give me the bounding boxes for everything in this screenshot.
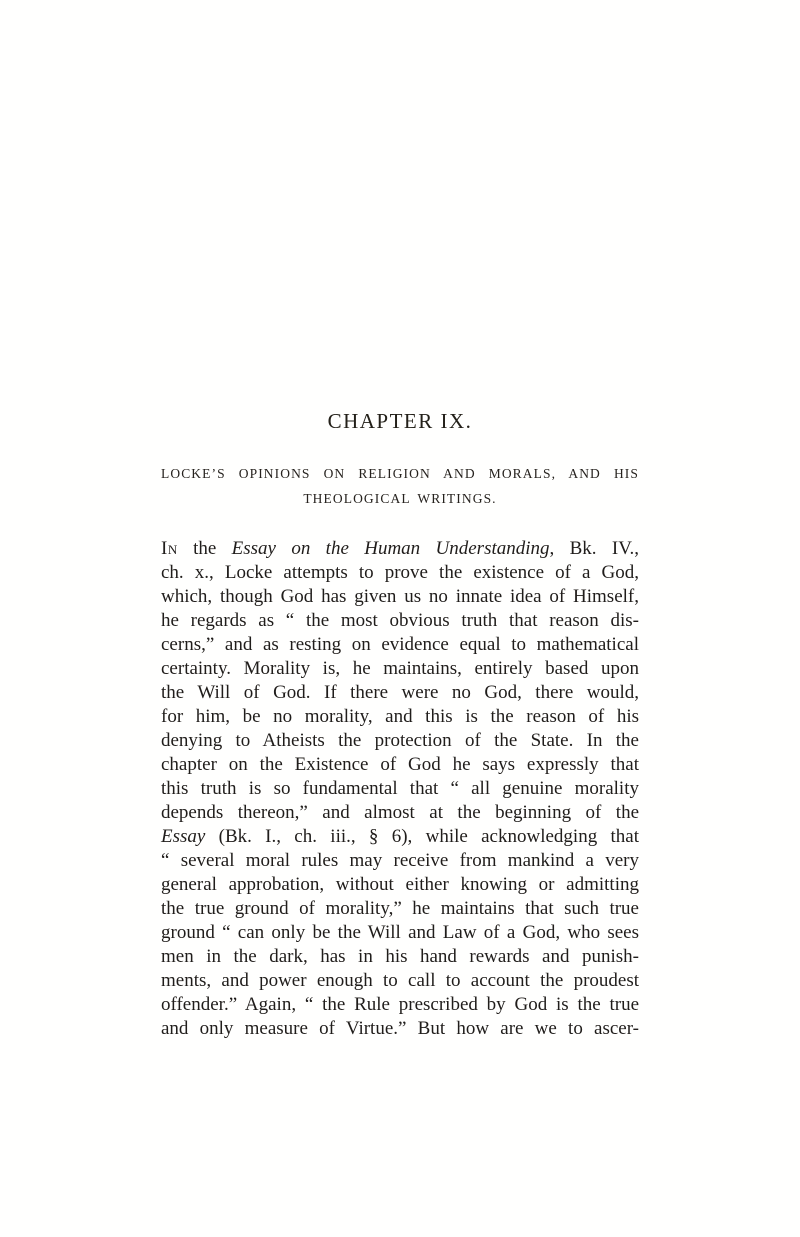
chapter-subtitle-line-2: THEOLOGICAL WRITINGS. <box>161 486 639 511</box>
body-line: ground “ can only be the Will and Law of… <box>161 921 639 945</box>
body-line: for him, be no morality, and this is the… <box>161 705 639 729</box>
body-line: and only measure of Virtue.” But how are… <box>161 1017 639 1041</box>
chapter-heading: CHAPTER IX. <box>0 409 800 434</box>
body-line: chapter on the Existence of God he says … <box>161 753 639 777</box>
body-line: the Will of God. If there were no God, t… <box>161 681 639 705</box>
body-line: In the Essay on the Human Understanding,… <box>161 537 639 561</box>
body-line: which, though God has given us no innate… <box>161 585 639 609</box>
body-text: In the Essay on the Human Understanding,… <box>161 537 639 1041</box>
body-line: certainty. Morality is, he maintains, en… <box>161 657 639 681</box>
chapter-subtitle-line-1: LOCKE’S OPINIONS ON RELIGION AND MORALS,… <box>161 461 639 486</box>
body-line: ch. x., Locke attempts to prove the exis… <box>161 561 639 585</box>
body-line: men in the dark, has in his hand rewards… <box>161 945 639 969</box>
body-line: general approbation, without either know… <box>161 873 639 897</box>
body-line: denying to Atheists the protection of th… <box>161 729 639 753</box>
body-line: “ several moral rules may receive from m… <box>161 849 639 873</box>
body-line: cerns,” and as resting on evidence equal… <box>161 633 639 657</box>
body-line: he regards as “ the most obvious truth t… <box>161 609 639 633</box>
book-page: CHAPTER IX. LOCKE’S OPINIONS ON RELIGION… <box>0 0 800 1237</box>
body-line: this truth is so fundamental that “ all … <box>161 777 639 801</box>
body-line: the true ground of morality,” he maintai… <box>161 897 639 921</box>
body-line: Essay (Bk. I., ch. iii., § 6), while ack… <box>161 825 639 849</box>
body-line: ments, and power enough to call to accou… <box>161 969 639 993</box>
body-line: offender.” Again, “ the Rule prescribed … <box>161 993 639 1017</box>
body-line: depends thereon,” and almost at the begi… <box>161 801 639 825</box>
chapter-subtitle: LOCKE’S OPINIONS ON RELIGION AND MORALS,… <box>161 461 639 511</box>
